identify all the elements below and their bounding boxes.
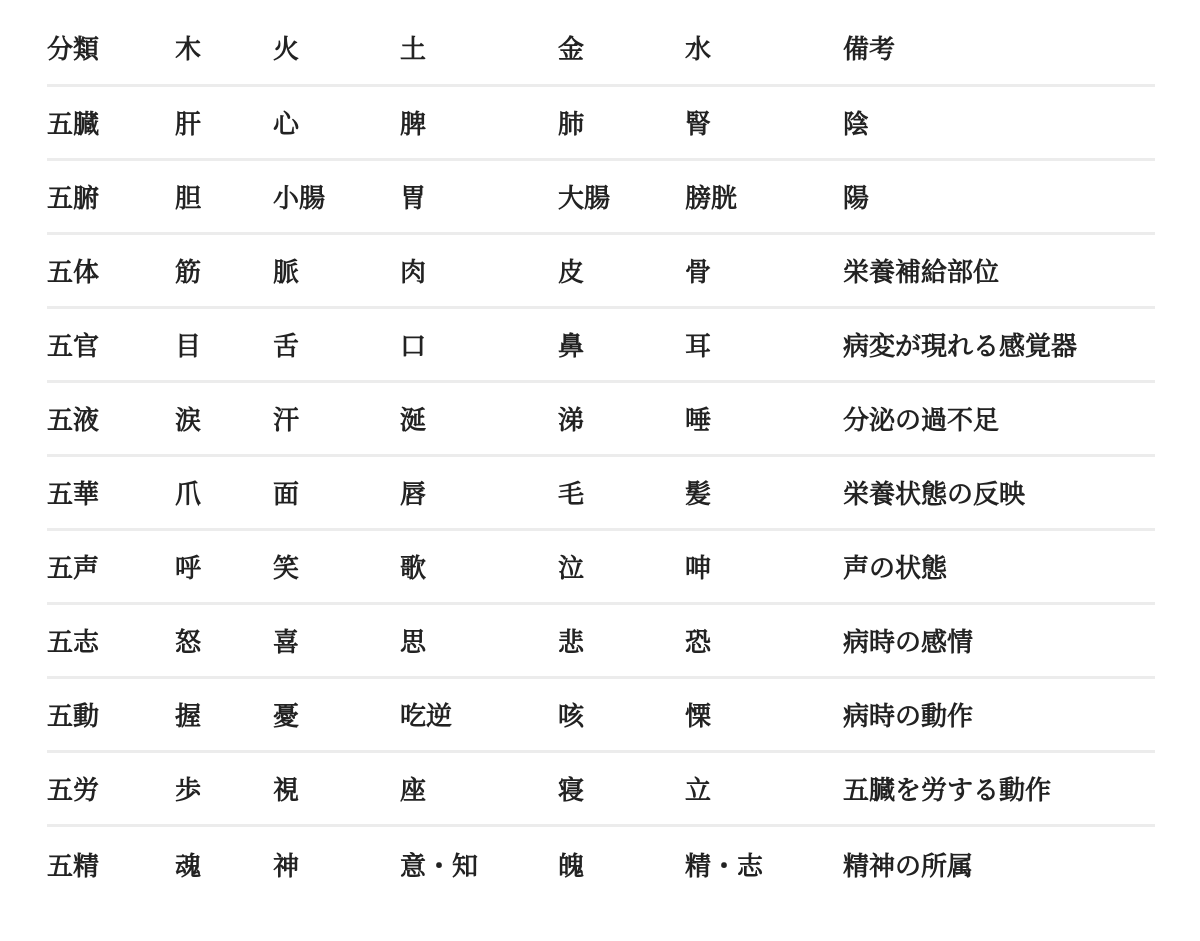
cell-water: 耳	[685, 309, 711, 380]
cell-category: 五臓	[47, 87, 99, 158]
cell-water: 腎	[685, 87, 711, 158]
cell-notes: 病変が現れる感覚器	[843, 309, 1077, 380]
cell-wood: 呼	[175, 531, 201, 602]
cell-wood: 爪	[175, 457, 201, 528]
five-elements-table: 分類 木 火 土 金 水 備考 五臓 肝 心 脾 肺 腎 陰 五腑 胆 小腸 胃…	[47, 10, 1155, 901]
cell-fire: 喜	[273, 605, 299, 676]
cell-notes: 分泌の過不足	[843, 383, 999, 454]
cell-fire: 小腸	[273, 161, 325, 232]
cell-notes: 栄養状態の反映	[843, 457, 1025, 528]
table-row: 五動 握 憂 吃逆 咳 慄 病時の動作	[47, 679, 1155, 753]
cell-wood: 怒	[175, 605, 201, 676]
cell-fire: 視	[273, 753, 299, 824]
header-cell-fire: 火	[273, 10, 299, 84]
cell-category: 五華	[47, 457, 99, 528]
table-row: 五華 爪 面 唇 毛 髪 栄養状態の反映	[47, 457, 1155, 531]
header-cell-wood: 木	[175, 10, 201, 84]
cell-wood: 握	[175, 679, 201, 750]
cell-water: 慄	[685, 679, 711, 750]
cell-water: 膀胱	[685, 161, 737, 232]
table-row: 五精 魂 神 意・知 魄 精・志 精神の所属	[47, 827, 1155, 901]
header-cell-water: 水	[685, 10, 711, 84]
cell-metal: 鼻	[558, 309, 584, 380]
cell-metal: 泣	[558, 531, 584, 602]
cell-category: 五精	[47, 827, 99, 901]
cell-category: 五声	[47, 531, 99, 602]
cell-metal: 皮	[558, 235, 584, 306]
table-row: 五体 筋 脈 肉 皮 骨 栄養補給部位	[47, 235, 1155, 309]
cell-metal: 涕	[558, 383, 584, 454]
table-row: 五労 歩 視 座 寝 立 五臓を労する動作	[47, 753, 1155, 827]
cell-metal: 悲	[558, 605, 584, 676]
cell-earth: 意・知	[400, 827, 478, 901]
cell-notes: 病時の動作	[843, 679, 973, 750]
cell-category: 五志	[47, 605, 99, 676]
table-header-row: 分類 木 火 土 金 水 備考	[47, 10, 1155, 87]
cell-earth: 胃	[400, 161, 426, 232]
cell-wood: 歩	[175, 753, 201, 824]
cell-earth: 吃逆	[400, 679, 452, 750]
cell-notes: 精神の所属	[843, 827, 973, 901]
cell-wood: 筋	[175, 235, 201, 306]
cell-water: 唾	[685, 383, 711, 454]
cell-wood: 胆	[175, 161, 201, 232]
cell-notes: 陽	[843, 161, 869, 232]
cell-metal: 大腸	[558, 161, 610, 232]
header-cell-earth: 土	[400, 10, 426, 84]
cell-earth: 肉	[400, 235, 426, 306]
cell-fire: 心	[273, 87, 299, 158]
cell-notes: 栄養補給部位	[843, 235, 999, 306]
cell-metal: 寝	[558, 753, 584, 824]
cell-fire: 汗	[273, 383, 299, 454]
cell-fire: 笑	[273, 531, 299, 602]
cell-category: 五労	[47, 753, 99, 824]
cell-notes: 五臓を労する動作	[843, 753, 1051, 824]
cell-water: 髪	[685, 457, 711, 528]
cell-earth: 口	[400, 309, 426, 380]
cell-metal: 咳	[558, 679, 584, 750]
cell-fire: 面	[273, 457, 299, 528]
cell-metal: 魄	[558, 827, 584, 901]
header-cell-category: 分類	[47, 10, 99, 84]
cell-earth: 涎	[400, 383, 426, 454]
cell-earth: 座	[400, 753, 426, 824]
cell-notes: 声の状態	[843, 531, 947, 602]
cell-earth: 脾	[400, 87, 426, 158]
cell-category: 五動	[47, 679, 99, 750]
cell-notes: 病時の感情	[843, 605, 973, 676]
header-cell-notes: 備考	[843, 10, 895, 84]
cell-water: 恐	[685, 605, 711, 676]
cell-category: 五液	[47, 383, 99, 454]
table-row: 五腑 胆 小腸 胃 大腸 膀胱 陽	[47, 161, 1155, 235]
cell-wood: 魂	[175, 827, 201, 901]
cell-category: 五官	[47, 309, 99, 380]
table-row: 五臓 肝 心 脾 肺 腎 陰	[47, 87, 1155, 161]
table-row: 五液 涙 汗 涎 涕 唾 分泌の過不足	[47, 383, 1155, 457]
cell-metal: 毛	[558, 457, 584, 528]
cell-fire: 脈	[273, 235, 299, 306]
table-row: 五官 目 舌 口 鼻 耳 病変が現れる感覚器	[47, 309, 1155, 383]
table-row: 五声 呼 笑 歌 泣 呻 声の状態	[47, 531, 1155, 605]
cell-fire: 舌	[273, 309, 299, 380]
cell-wood: 肝	[175, 87, 201, 158]
cell-earth: 唇	[400, 457, 426, 528]
header-cell-metal: 金	[558, 10, 584, 84]
cell-fire: 神	[273, 827, 299, 901]
cell-earth: 歌	[400, 531, 426, 602]
cell-fire: 憂	[273, 679, 299, 750]
cell-wood: 目	[175, 309, 201, 380]
cell-category: 五腑	[47, 161, 99, 232]
cell-earth: 思	[400, 605, 426, 676]
cell-water: 立	[685, 753, 711, 824]
cell-category: 五体	[47, 235, 99, 306]
cell-water: 呻	[685, 531, 711, 602]
cell-metal: 肺	[558, 87, 584, 158]
cell-water: 骨	[685, 235, 711, 306]
cell-notes: 陰	[843, 87, 869, 158]
cell-water: 精・志	[685, 827, 763, 901]
cell-wood: 涙	[175, 383, 201, 454]
table-row: 五志 怒 喜 思 悲 恐 病時の感情	[47, 605, 1155, 679]
